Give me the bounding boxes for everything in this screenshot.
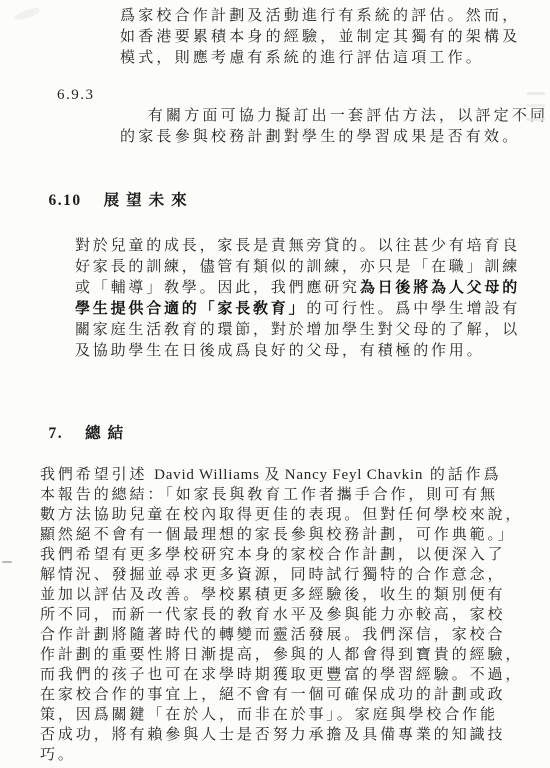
section-heading-7: 7.總結	[33, 403, 130, 461]
section-number: 6.10	[49, 192, 82, 210]
paragraph-text: 的話作爲 本報告的總結：「如家長與敎育工作者攜手合作，則可有無 數方法協助兒童在…	[40, 467, 523, 763]
scan-artifact-dash	[2, 561, 12, 563]
section-number: 7.	[49, 425, 64, 443]
item-number: 6.9.3	[57, 85, 95, 106]
paragraph-text: 我們希望引述	[40, 467, 154, 483]
section-title: 展望未來	[104, 188, 194, 210]
paragraph-outlook: 對於兒童的成長，家長是責無旁貸的。以往甚少有培育良 好家長的訓練，儘管有類似的訓…	[75, 236, 535, 362]
section-heading-6-10: 6.10展望未來	[33, 170, 194, 228]
paragraph-continuation: 爲家校合作計劃及活動進行有系統的評估。然而， 如香港要累積本身的經驗，並制定其獨…	[120, 6, 530, 69]
document-page: 爲家校合作計劃及活動進行有系統的評估。然而， 如香港要累積本身的經驗，並制定其獨…	[0, 0, 550, 768]
list-item-6-9-3: 6.9.3有關方面可協力擬訂出一套評估方法，以評定不同 的家長參與校務計劃對學生…	[120, 85, 530, 169]
citation-names: David Williams 及 Nancy Feyl Chavkin	[154, 467, 423, 483]
item-text: 有關方面可協力擬訂出一套評估方法，以評定不同 的家長參與校務計劃對學生的學習成果…	[120, 108, 548, 145]
paragraph-conclusion: 我們希望引述 David Williams 及 Nancy Feyl Chavk…	[40, 465, 540, 765]
section-title: 總結	[85, 421, 130, 443]
scan-artifact-smudge	[13, 6, 40, 22]
